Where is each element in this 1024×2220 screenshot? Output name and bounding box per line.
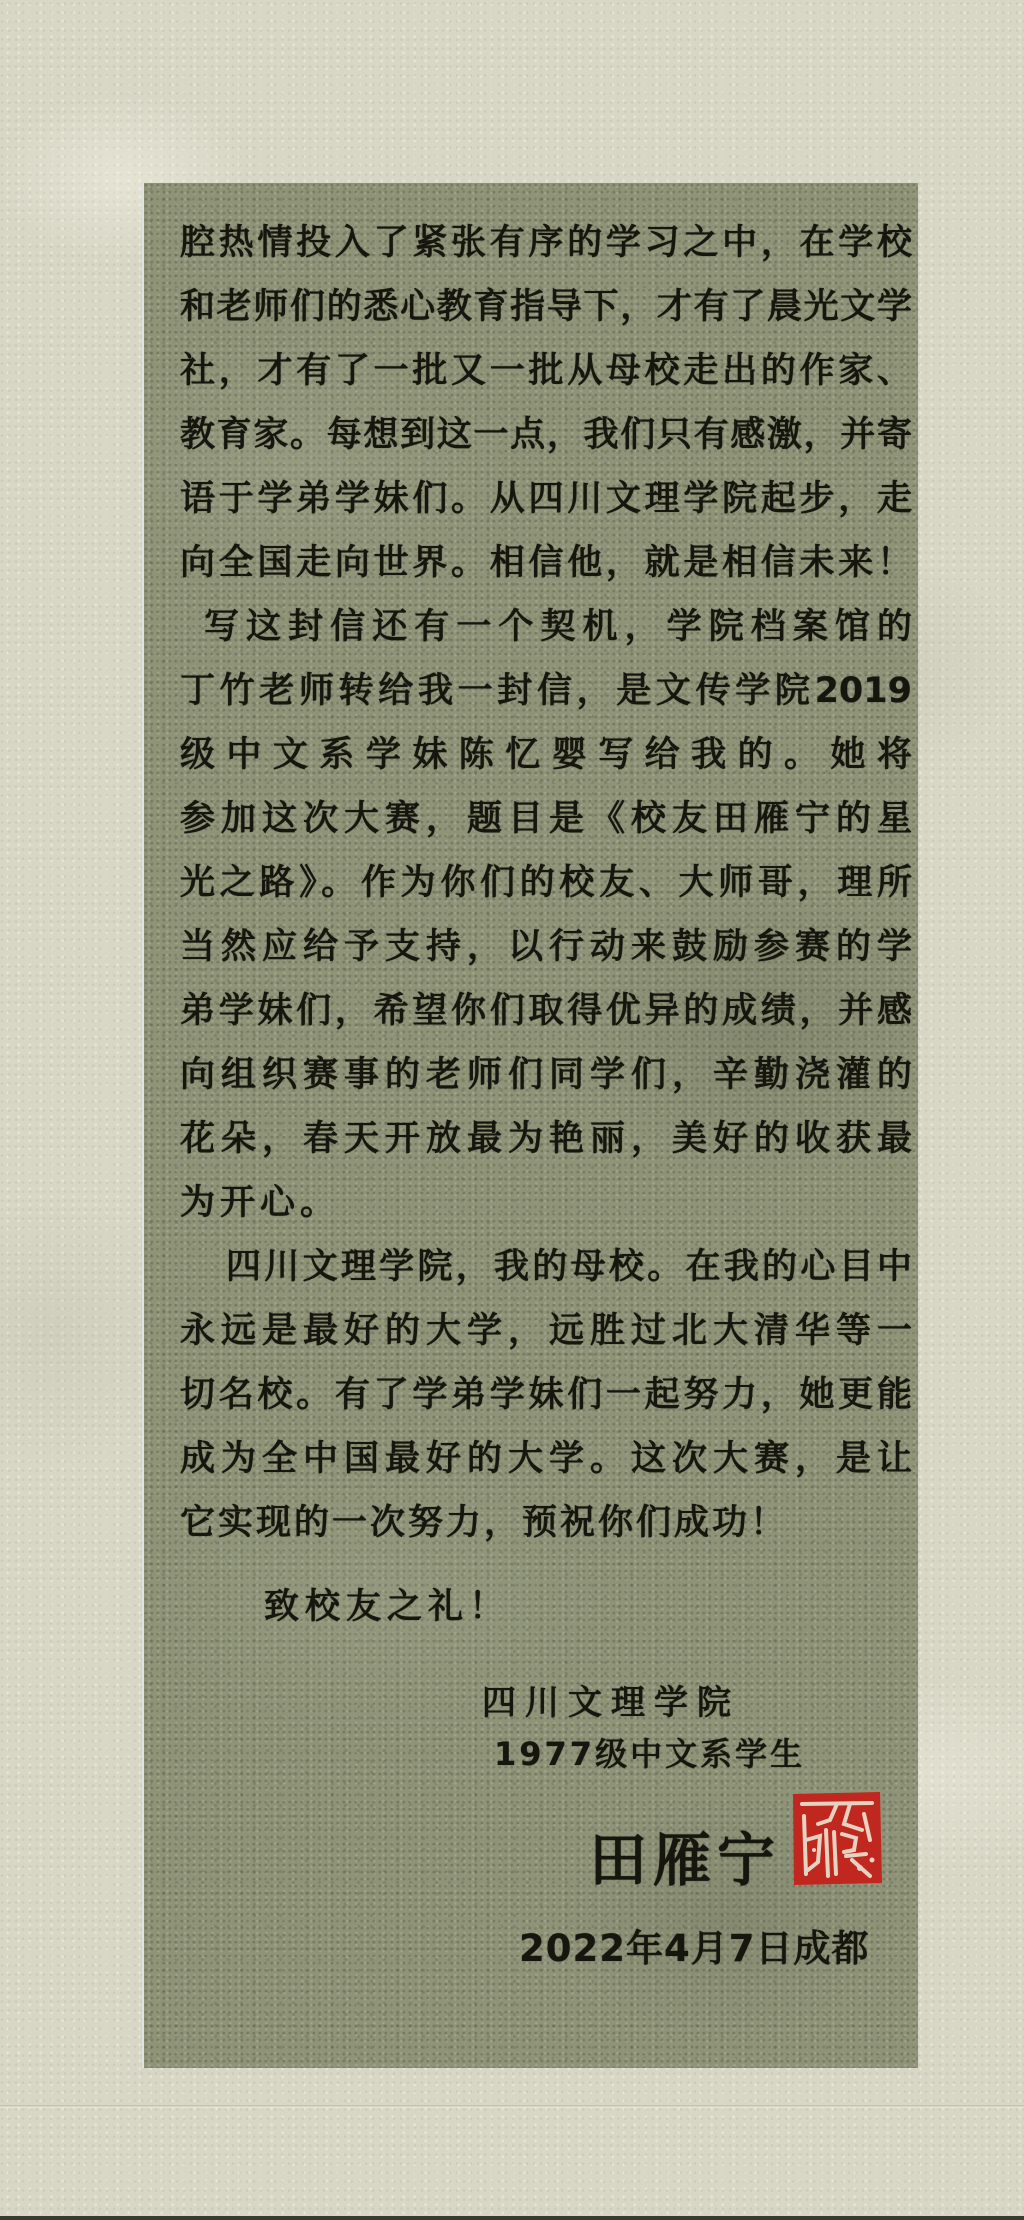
letter-line: 当然应给予支持，以行动来鼓励参赛的学 bbox=[180, 915, 912, 979]
letter-paragraph-start: 写这封信还有一个契机，学院档案馆的 bbox=[180, 595, 912, 659]
letter-line: 向全国走向世界。相信他，就是相信未来！ bbox=[180, 531, 912, 595]
scan-bottom-edge bbox=[0, 2216, 1024, 2220]
letter-line: 语于学弟学妹们。从四川文理学院起步，走 bbox=[180, 467, 912, 531]
red-seal-stamp-icon bbox=[790, 1790, 884, 1887]
letter-line: 成为全中国最好的大学。这次大赛，是让 bbox=[180, 1427, 912, 1491]
letter-line: 它实现的一次努力，预祝你们成功！ bbox=[180, 1491, 912, 1555]
letter-line: 为开心。 bbox=[180, 1171, 912, 1235]
signature-name: 田雁宁 bbox=[589, 1813, 781, 1897]
letter-line: 丁竹老师转给我一封信，是文传学院2019 bbox=[180, 659, 912, 723]
letter-closing: 致校友之礼！ bbox=[180, 1575, 912, 1639]
letter-body: 腔热情投入了紧张有序的学习之中，在学校 和老师们的悉心教育指导下，才有了晨光文学… bbox=[180, 211, 912, 1639]
letter-line: 参加这次大赛，题目是《校友田雁宁的星 bbox=[180, 787, 912, 851]
letter-paragraph-start: 四川文理学院，我的母校。在我的心目中 bbox=[180, 1235, 912, 1299]
signature-institution: 四川文理学院 bbox=[482, 1675, 740, 1724]
letter-line: 腔热情投入了紧张有序的学习之中，在学校 bbox=[180, 211, 912, 275]
letter-line: 向组织赛事的老师们同学们，辛勤浇灌的 bbox=[180, 1043, 912, 1107]
letter-line: 花朵，春天开放最为艳丽，美好的收获最 bbox=[180, 1107, 912, 1171]
letter-line: 和老师们的悉心教育指导下，才有了晨光文学 bbox=[180, 275, 912, 339]
signature-date-place: 2022年4月7日成都 bbox=[519, 1918, 869, 1972]
letter-line: 级中文系学妹陈忆婴写给我的。她将 bbox=[180, 723, 912, 787]
letter-line: 永远是最好的大学，远胜过北大清华等一 bbox=[180, 1299, 912, 1363]
signature-class: 1977级中文系学生 bbox=[494, 1729, 805, 1775]
paper-fold-crease bbox=[0, 2105, 1024, 2108]
letter-line: 弟学妹们，希望你们取得优异的成绩，并感 bbox=[180, 979, 912, 1043]
letter-line: 社，才有了一批又一批从母校走出的作家、 bbox=[180, 339, 912, 403]
letter-line: 教育家。每想到这一点，我们只有感激，并寄 bbox=[180, 403, 912, 467]
letter-line: 光之路》。作为你们的校友、大师哥，理所 bbox=[180, 851, 912, 915]
letter-line: 切名校。有了学弟学妹们一起努力，她更能 bbox=[180, 1363, 912, 1427]
letter-sheet: 腔热情投入了紧张有序的学习之中，在学校 和老师们的悉心教育指导下，才有了晨光文学… bbox=[142, 183, 918, 2068]
